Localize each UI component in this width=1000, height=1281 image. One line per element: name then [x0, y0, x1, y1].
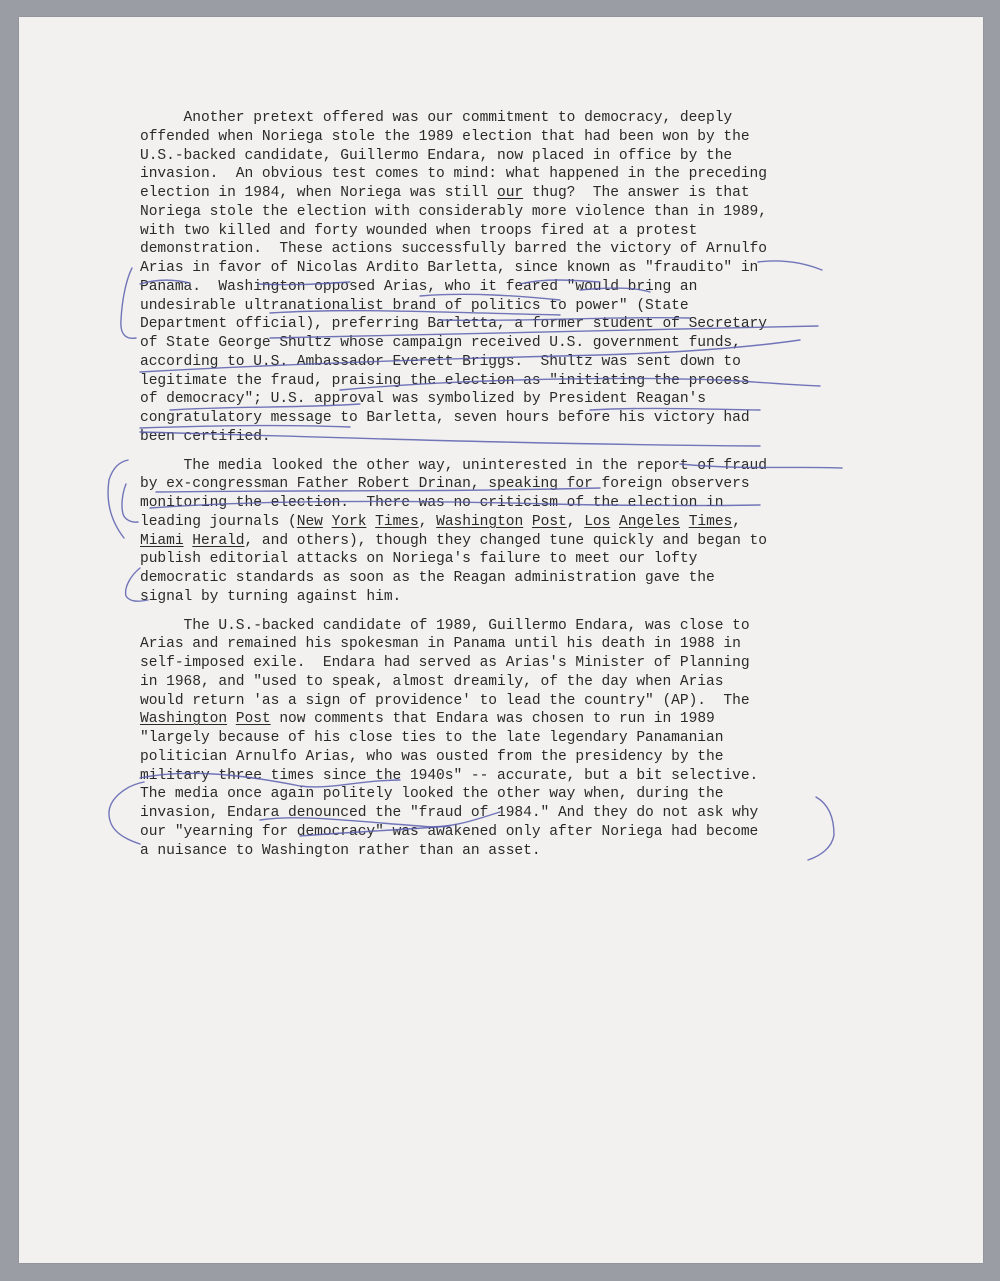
- underlined-title: York: [332, 514, 367, 530]
- text-run: Arias and remained his spokesman in Pana…: [140, 636, 741, 652]
- underlined-title: Washington: [436, 514, 523, 530]
- text-run: a nuisance to Washington rather than an …: [140, 843, 541, 859]
- text-line: our "yearning for democracy" was awakene…: [140, 823, 840, 842]
- text-line: Arias and remained his spokesman in Pana…: [140, 635, 840, 654]
- text-run: invasion. An obvious test comes to mind:…: [140, 166, 767, 182]
- text-line: democratic standards as soon as the Reag…: [140, 569, 840, 588]
- text-run: our "yearning for democracy" was awakene…: [140, 824, 758, 840]
- text-run: [227, 711, 236, 727]
- underlined-title: Herald: [192, 533, 244, 549]
- text-line: Washington Post now comments that Endara…: [140, 710, 840, 729]
- text-run: Noriega stole the election with consider…: [140, 204, 767, 220]
- text-run: in 1968, and "used to speak, almost drea…: [140, 674, 723, 690]
- text-line: self-imposed exile. Endara had served as…: [140, 654, 840, 673]
- text-run: [366, 514, 375, 530]
- text-line: offended when Noriega stole the 1989 ele…: [140, 128, 840, 147]
- text-run: now comments that Endara was chosen to r…: [271, 711, 715, 727]
- underlined-title: Post: [236, 711, 271, 727]
- text-run: congratulatory message to Barletta, seve…: [140, 410, 750, 426]
- text-run: [610, 514, 619, 530]
- text-run: , and others), though they changed tune …: [245, 533, 767, 549]
- underlined-title: Angeles: [619, 514, 680, 530]
- text-run: [184, 533, 193, 549]
- text-run: politician Arnulfo Arias, who was ousted…: [140, 749, 723, 765]
- underlined-title: Times: [375, 514, 419, 530]
- text-line: signal by turning against him.: [140, 588, 840, 607]
- text-line: U.S.-backed candidate, Guillermo Endara,…: [140, 147, 840, 166]
- text-run: monitoring the election. There was no cr…: [140, 495, 723, 511]
- text-run: thug? The answer is that: [523, 185, 749, 201]
- text-run: by ex-congressman Father Robert Drinan, …: [140, 476, 750, 492]
- document-body: Another pretext offered was our commitme…: [140, 109, 840, 870]
- text-line: Another pretext offered was our commitme…: [140, 109, 840, 128]
- text-line: military three times since the 1940s" --…: [140, 767, 840, 786]
- paragraph: Another pretext offered was our commitme…: [140, 109, 840, 447]
- text-run: been certified.: [140, 429, 271, 445]
- text-line: of State George Shultz whose campaign re…: [140, 334, 840, 353]
- text-run: invasion, Endara denounced the "fraud of…: [140, 805, 758, 821]
- text-run: U.S.-backed candidate, Guillermo Endara,…: [140, 148, 732, 164]
- text-run: [523, 514, 532, 530]
- underlined-title: Los: [584, 514, 610, 530]
- text-run: publish editorial attacks on Noriega's f…: [140, 551, 697, 567]
- text-run: "largely because of his close ties to th…: [140, 730, 723, 746]
- text-run: Department official), preferring Barlett…: [140, 316, 767, 332]
- text-run: offended when Noriega stole the 1989 ele…: [140, 129, 750, 145]
- text-line: Department official), preferring Barlett…: [140, 315, 840, 334]
- paragraph: The U.S.-backed candidate of 1989, Guill…: [140, 617, 840, 861]
- text-run: undesirable ultranationalist brand of po…: [140, 298, 689, 314]
- text-run: signal by turning against him.: [140, 589, 401, 605]
- text-line: a nuisance to Washington rather than an …: [140, 842, 840, 861]
- text-line: publish editorial attacks on Noriega's f…: [140, 550, 840, 569]
- text-run: Panama. Washington opposed Arias, who it…: [140, 279, 697, 295]
- text-run: demonstration. These actions successfull…: [140, 241, 767, 257]
- text-run: of democracy"; U.S. approval was symboli…: [140, 391, 706, 407]
- text-line: monitoring the election. There was no cr…: [140, 494, 840, 513]
- text-line: would return 'as a sign of providence' t…: [140, 692, 840, 711]
- text-run: ,: [567, 514, 584, 530]
- text-run: with two killed and forty wounded when t…: [140, 223, 697, 239]
- text-line: according to U.S. Ambassador Everett Bri…: [140, 353, 840, 372]
- paragraph: The media looked the other way, unintere…: [140, 457, 840, 607]
- text-line: in 1968, and "used to speak, almost drea…: [140, 673, 840, 692]
- text-line: of democracy"; U.S. approval was symboli…: [140, 390, 840, 409]
- text-line: by ex-congressman Father Robert Drinan, …: [140, 475, 840, 494]
- text-run: The media once again politely looked the…: [140, 786, 723, 802]
- text-run: democratic standards as soon as the Reag…: [140, 570, 715, 586]
- text-line: demonstration. These actions successfull…: [140, 240, 840, 259]
- text-run: [323, 514, 332, 530]
- text-run: military three times since the 1940s" --…: [140, 768, 758, 784]
- text-line: legitimate the fraud, praising the elect…: [140, 372, 840, 391]
- underlined-title: New: [297, 514, 323, 530]
- text-line: election in 1984, when Noriega was still…: [140, 184, 840, 203]
- text-line: The media once again politely looked the…: [140, 785, 840, 804]
- text-run: ,: [419, 514, 436, 530]
- underlined-title: Washington: [140, 711, 227, 727]
- document-page: Another pretext offered was our commitme…: [19, 17, 983, 1263]
- text-line: The media looked the other way, unintere…: [140, 457, 840, 476]
- text-line: The U.S.-backed candidate of 1989, Guill…: [140, 617, 840, 636]
- underlined-title: Miami: [140, 533, 184, 549]
- text-line: undesirable ultranationalist brand of po…: [140, 297, 840, 316]
- text-line: with two killed and forty wounded when t…: [140, 222, 840, 241]
- text-line: invasion. An obvious test comes to mind:…: [140, 165, 840, 184]
- text-run: The media looked the other way, unintere…: [140, 458, 767, 474]
- text-run: Another pretext offered was our commitme…: [140, 110, 732, 126]
- text-run: self-imposed exile. Endara had served as…: [140, 655, 750, 671]
- text-line: leading journals (New York Times, Washin…: [140, 513, 840, 532]
- text-run: of State George Shultz whose campaign re…: [140, 335, 741, 351]
- text-run: legitimate the fraud, praising the elect…: [140, 373, 750, 389]
- text-run: Arias in favor of Nicolas Ardito Barlett…: [140, 260, 758, 276]
- text-line: been certified.: [140, 428, 840, 447]
- text-line: Panama. Washington opposed Arias, who it…: [140, 278, 840, 297]
- underlined-title: our: [497, 185, 523, 201]
- text-line: politician Arnulfo Arias, who was ousted…: [140, 748, 840, 767]
- text-line: Noriega stole the election with consider…: [140, 203, 840, 222]
- text-run: The U.S.-backed candidate of 1989, Guill…: [140, 618, 750, 634]
- text-line: Arias in favor of Nicolas Ardito Barlett…: [140, 259, 840, 278]
- text-line: Miami Herald, and others), though they c…: [140, 532, 840, 551]
- underlined-title: Post: [532, 514, 567, 530]
- text-run: leading journals (: [140, 514, 297, 530]
- text-line: "largely because of his close ties to th…: [140, 729, 840, 748]
- text-run: election in 1984, when Noriega was still: [140, 185, 497, 201]
- text-line: invasion, Endara denounced the "fraud of…: [140, 804, 840, 823]
- text-run: according to U.S. Ambassador Everett Bri…: [140, 354, 741, 370]
- text-run: [680, 514, 689, 530]
- text-line: congratulatory message to Barletta, seve…: [140, 409, 840, 428]
- text-run: ,: [732, 514, 741, 530]
- text-run: would return 'as a sign of providence' t…: [140, 693, 750, 709]
- underlined-title: Times: [689, 514, 733, 530]
